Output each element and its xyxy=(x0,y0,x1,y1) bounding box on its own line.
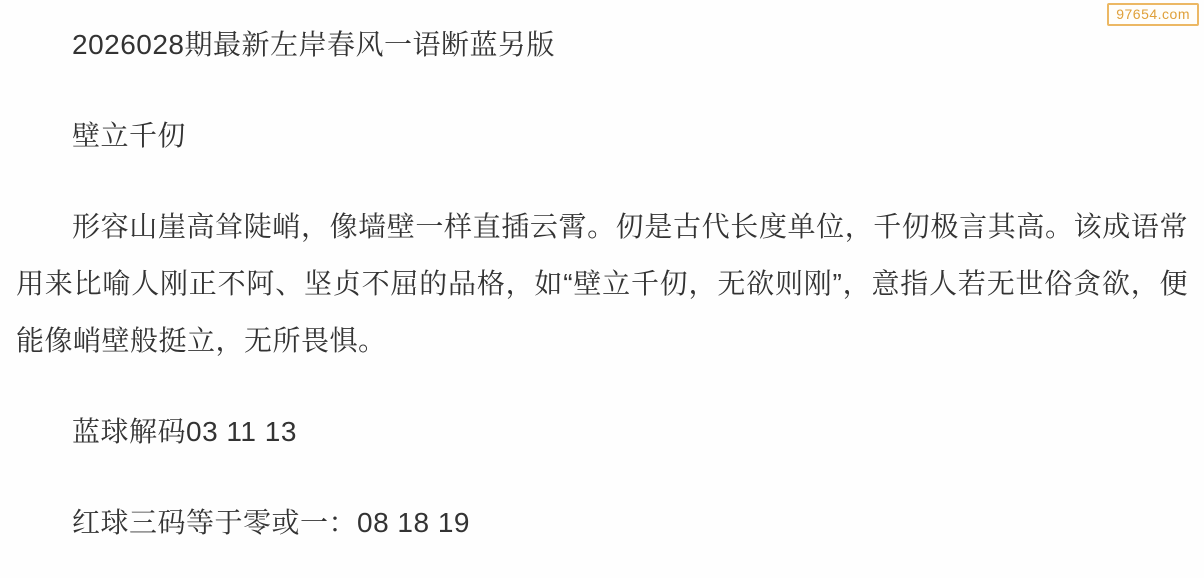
idiom-explanation: 形容山崖高耸陡峭，像墙壁一样直插云霄。仞是古代长度单位，千仞极言其高。该成语常用… xyxy=(16,198,1188,369)
article-body: 2026028期最新左岸春风一语断蓝另版 壁立千仞 形容山崖高耸陡峭，像墙壁一样… xyxy=(0,0,1204,551)
red-ball-line: 红球三码等于零或一：08 18 19 xyxy=(16,494,1188,551)
site-watermark: 97654.com xyxy=(1107,3,1199,26)
idiom-heading: 壁立千仞 xyxy=(16,107,1188,164)
blue-ball-line: 蓝球解码03 11 13 xyxy=(16,403,1188,460)
page: { "page": { "background": "#fefefe", "te… xyxy=(0,0,1204,578)
article-title: 2026028期最新左岸春风一语断蓝另版 xyxy=(16,16,1188,73)
